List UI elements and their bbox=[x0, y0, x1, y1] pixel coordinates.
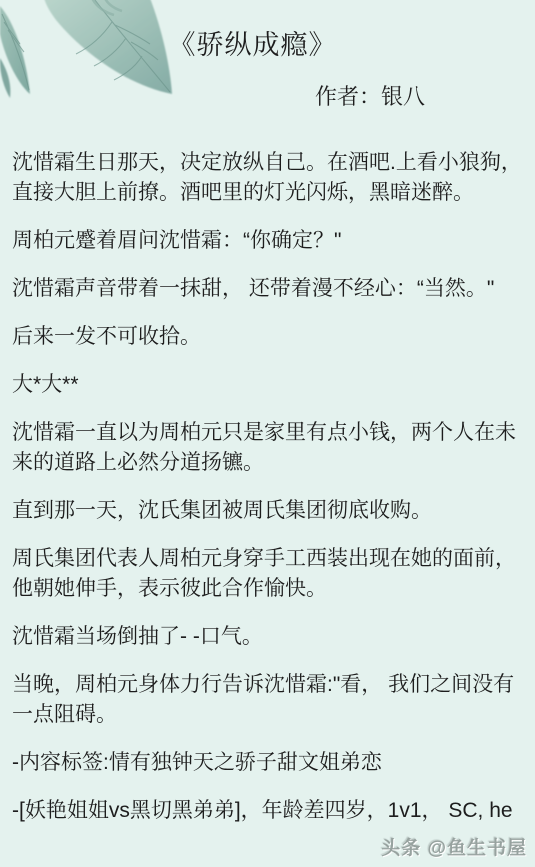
author-line: 作者：银八 bbox=[0, 83, 535, 111]
paragraph: -[妖艳姐姐vs黑切黑弟弟]，年龄差四岁，1v1， SC, he bbox=[0, 796, 535, 826]
watermark: 头条 @鱼生书屋 bbox=[381, 833, 527, 860]
paragraph: 后来一发不可收拾。 bbox=[0, 322, 535, 352]
paragraph: 直到那一天，沈氏集团被周氏集团彻底收购。 bbox=[0, 496, 535, 526]
paragraph: 沈惜霜生日那天，决定放纵自己。在酒吧.上看小狼狗，直接大胆上前撩。酒吧里的灯光闪… bbox=[0, 148, 535, 208]
paragraph: 大*大** bbox=[0, 370, 535, 400]
paragraph: -内容标签:情有独钟天之骄子甜文姐弟恋 bbox=[0, 748, 535, 778]
paragraph: 沈惜霜一直以为周柏元只是家里有点小钱，两个人在未来的道路上必然分道扬镳。 bbox=[0, 418, 535, 478]
novel-intro-card: 《骄纵成瘾》 作者：银八 沈惜霜生日那天，决定放纵自己。在酒吧.上看小狼狗，直接… bbox=[0, 27, 535, 826]
page-title: 《骄纵成瘾》 bbox=[0, 27, 505, 63]
synopsis-body: 沈惜霜生日那天，决定放纵自己。在酒吧.上看小狼狗，直接大胆上前撩。酒吧里的灯光闪… bbox=[0, 148, 535, 826]
paragraph: 沈惜霜声音带着一抹甜， 还带着漫不经心：“当然。" bbox=[0, 274, 535, 304]
paragraph: 沈惜霜当场倒抽了- -口气。 bbox=[0, 622, 535, 652]
stem-icon bbox=[92, 0, 122, 15]
paragraph: 周氏集团代表人周柏元身穿手工西装出现在她的面前，他朝她伸手，表示彼此合作愉快。 bbox=[0, 544, 535, 604]
paragraph: 当晚，周柏元身体力行告诉沈惜霜:"看， 我们之间没有一点阻碍。 bbox=[0, 670, 535, 730]
paragraph: 周柏元蹙着眉问沈惜霜：“你确定？" bbox=[0, 226, 535, 256]
